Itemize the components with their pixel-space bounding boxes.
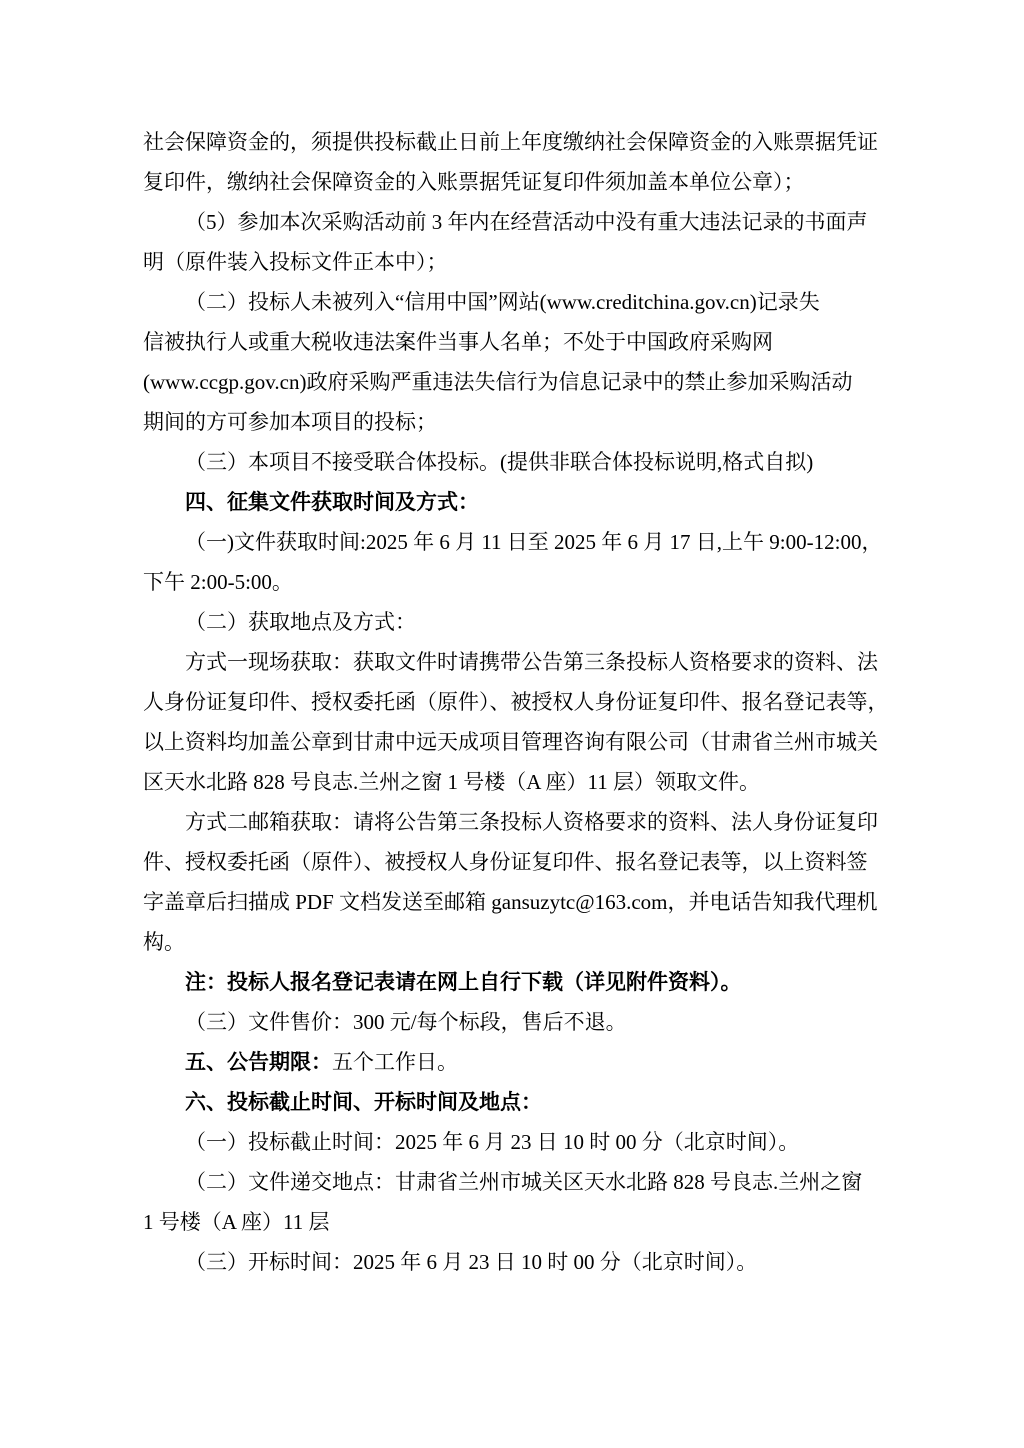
text-line: 以上资料均加盖公章到甘肃中远天成项目管理咨询有限公司（甘肃省兰州市城关	[143, 722, 883, 762]
text-line: 方式二邮箱获取：请将公告第三条投标人资格要求的资料、法人身份证复印	[143, 802, 883, 842]
text-line: 信被执行人或重大税收违法案件当事人名单；不处于中国政府采购网	[143, 322, 883, 362]
text-segment: 下午 2:00-5:00。	[143, 570, 293, 594]
document-body: 社会保障资金的，须提供投标截止日前上年度缴纳社会保障资金的入账票据凭证复印件，缴…	[143, 122, 883, 1282]
text-segment: 信被执行人或重大税收违法案件当事人名单；不处于中国政府采购网	[143, 330, 773, 354]
text-line: （二）文件递交地点：甘肃省兰州市城关区天水北路 828 号良志.兰州之窗	[143, 1162, 883, 1202]
text-line: （5）参加本次采购活动前 3 年内在经营活动中没有重大违法记录的书面声	[143, 202, 883, 242]
document-page: 社会保障资金的，须提供投标截止日前上年度缴纳社会保障资金的入账票据凭证复印件，缴…	[0, 0, 1024, 1448]
text-line: 注：投标人报名登记表请在网上自行下载（详见附件资料）。	[143, 962, 883, 1002]
text-segment: （三）文件售价：300 元/每个标段，售后不退。	[185, 1010, 627, 1034]
text-line: （二）获取地点及方式：	[143, 602, 883, 642]
text-segment: 复印件，缴纳社会保障资金的入账票据凭证复印件须加盖本单位公章）；	[143, 170, 805, 194]
text-line: 区天水北路 828 号良志.兰州之窗 1 号楼（A 座）11 层）领取文件。	[143, 762, 883, 802]
text-segment: （二）获取地点及方式：	[185, 610, 416, 634]
text-segment: （一)文件获取时间:2025 年 6 月 11 日至 2025 年 6 月 17…	[185, 530, 882, 554]
text-line: （一)文件获取时间:2025 年 6 月 11 日至 2025 年 6 月 17…	[143, 522, 883, 562]
text-segment: （三）本项目不接受联合体投标。(提供非联合体投标说明,格式自拟)	[185, 450, 813, 474]
text-segment: 明（原件装入投标文件正本中）；	[143, 250, 448, 274]
text-line: (www.ccgp.gov.cn)政府采购严重违法失信行为信息记录中的禁止参加采…	[143, 362, 883, 402]
text-line: 方式一现场获取：获取文件时请携带公告第三条投标人资格要求的资料、法	[143, 642, 883, 682]
text-line: 四、征集文件获取时间及方式：	[143, 482, 883, 522]
text-line: 六、投标截止时间、开标时间及地点：	[143, 1082, 883, 1122]
text-line: 期间的方可参加本项目的投标；	[143, 402, 883, 442]
text-segment: 方式二邮箱获取：请将公告第三条投标人资格要求的资料、法人身份证复印	[185, 810, 878, 834]
text-segment: 期间的方可参加本项目的投标；	[143, 410, 437, 434]
text-line: 构。	[143, 922, 883, 962]
text-segment: (www.ccgp.gov.cn)政府采购严重违法失信行为信息记录中的禁止参加采…	[143, 370, 852, 394]
text-line: （三）本项目不接受联合体投标。(提供非联合体投标说明,格式自拟)	[143, 442, 883, 482]
text-segment: 以上资料均加盖公章到甘肃中远天成项目管理咨询有限公司（甘肃省兰州市城关	[143, 730, 878, 754]
text-segment: （一）投标截止时间：2025 年 6 月 23 日 10 时 00 分（北京时间…	[185, 1130, 799, 1154]
text-segment: 五个工作日。	[332, 1050, 458, 1074]
text-segment: （二）投标人未被列入“信用中国”网站(www.creditchina.gov.c…	[185, 290, 820, 314]
text-segment: 1 号楼（A 座）11 层	[143, 1210, 329, 1234]
text-line: 件、授权委托函（原件）、被授权人身份证复印件、报名登记表等，以上资料签	[143, 842, 883, 882]
text-line: （一）投标截止时间：2025 年 6 月 23 日 10 时 00 分（北京时间…	[143, 1122, 883, 1162]
text-segment: （5）参加本次采购活动前 3 年内在经营活动中没有重大违法记录的书面声	[185, 210, 868, 234]
text-line: （二）投标人未被列入“信用中国”网站(www.creditchina.gov.c…	[143, 282, 883, 322]
text-line: 字盖章后扫描成 PDF 文档发送至邮箱 gansuzytc@163.com，并电…	[143, 882, 883, 922]
text-line: 复印件，缴纳社会保障资金的入账票据凭证复印件须加盖本单位公章）；	[143, 162, 883, 202]
text-line: 社会保障资金的，须提供投标截止日前上年度缴纳社会保障资金的入账票据凭证	[143, 122, 883, 162]
text-line: 人身份证复印件、授权委托函（原件）、被授权人身份证复印件、报名登记表等，	[143, 682, 883, 722]
bold-text-segment: 四、征集文件获取时间及方式：	[185, 490, 479, 514]
text-line: 下午 2:00-5:00。	[143, 562, 883, 602]
bold-text-segment: 六、投标截止时间、开标时间及地点：	[185, 1090, 542, 1114]
text-segment: 件、授权委托函（原件）、被授权人身份证复印件、报名登记表等，以上资料签	[143, 850, 868, 874]
text-segment: 方式一现场获取：获取文件时请携带公告第三条投标人资格要求的资料、法	[185, 650, 878, 674]
text-line: （三）文件售价：300 元/每个标段，售后不退。	[143, 1002, 883, 1042]
bold-text-segment: 注：投标人报名登记表请在网上自行下载（详见附件资料）。	[185, 970, 742, 994]
text-line: 明（原件装入投标文件正本中）；	[143, 242, 883, 282]
text-segment: 构。	[143, 930, 185, 954]
text-segment: 区天水北路 828 号良志.兰州之窗 1 号楼（A 座）11 层）领取文件。	[143, 770, 760, 794]
text-line: （三）开标时间：2025 年 6 月 23 日 10 时 00 分（北京时间）。	[143, 1242, 883, 1282]
text-segment: 社会保障资金的，须提供投标截止日前上年度缴纳社会保障资金的入账票据凭证	[143, 130, 878, 154]
text-segment: （二）文件递交地点：甘肃省兰州市城关区天水北路 828 号良志.兰州之窗	[185, 1170, 862, 1194]
text-segment: （三）开标时间：2025 年 6 月 23 日 10 时 00 分（北京时间）。	[185, 1250, 757, 1274]
text-segment: 人身份证复印件、授权委托函（原件）、被授权人身份证复印件、报名登记表等，	[143, 690, 889, 714]
text-line: 1 号楼（A 座）11 层	[143, 1202, 883, 1242]
text-segment: 字盖章后扫描成 PDF 文档发送至邮箱 gansuzytc@163.com，并电…	[143, 890, 878, 914]
text-line: 五、公告期限：五个工作日。	[143, 1042, 883, 1082]
bold-text-segment: 五、公告期限：	[185, 1050, 332, 1074]
